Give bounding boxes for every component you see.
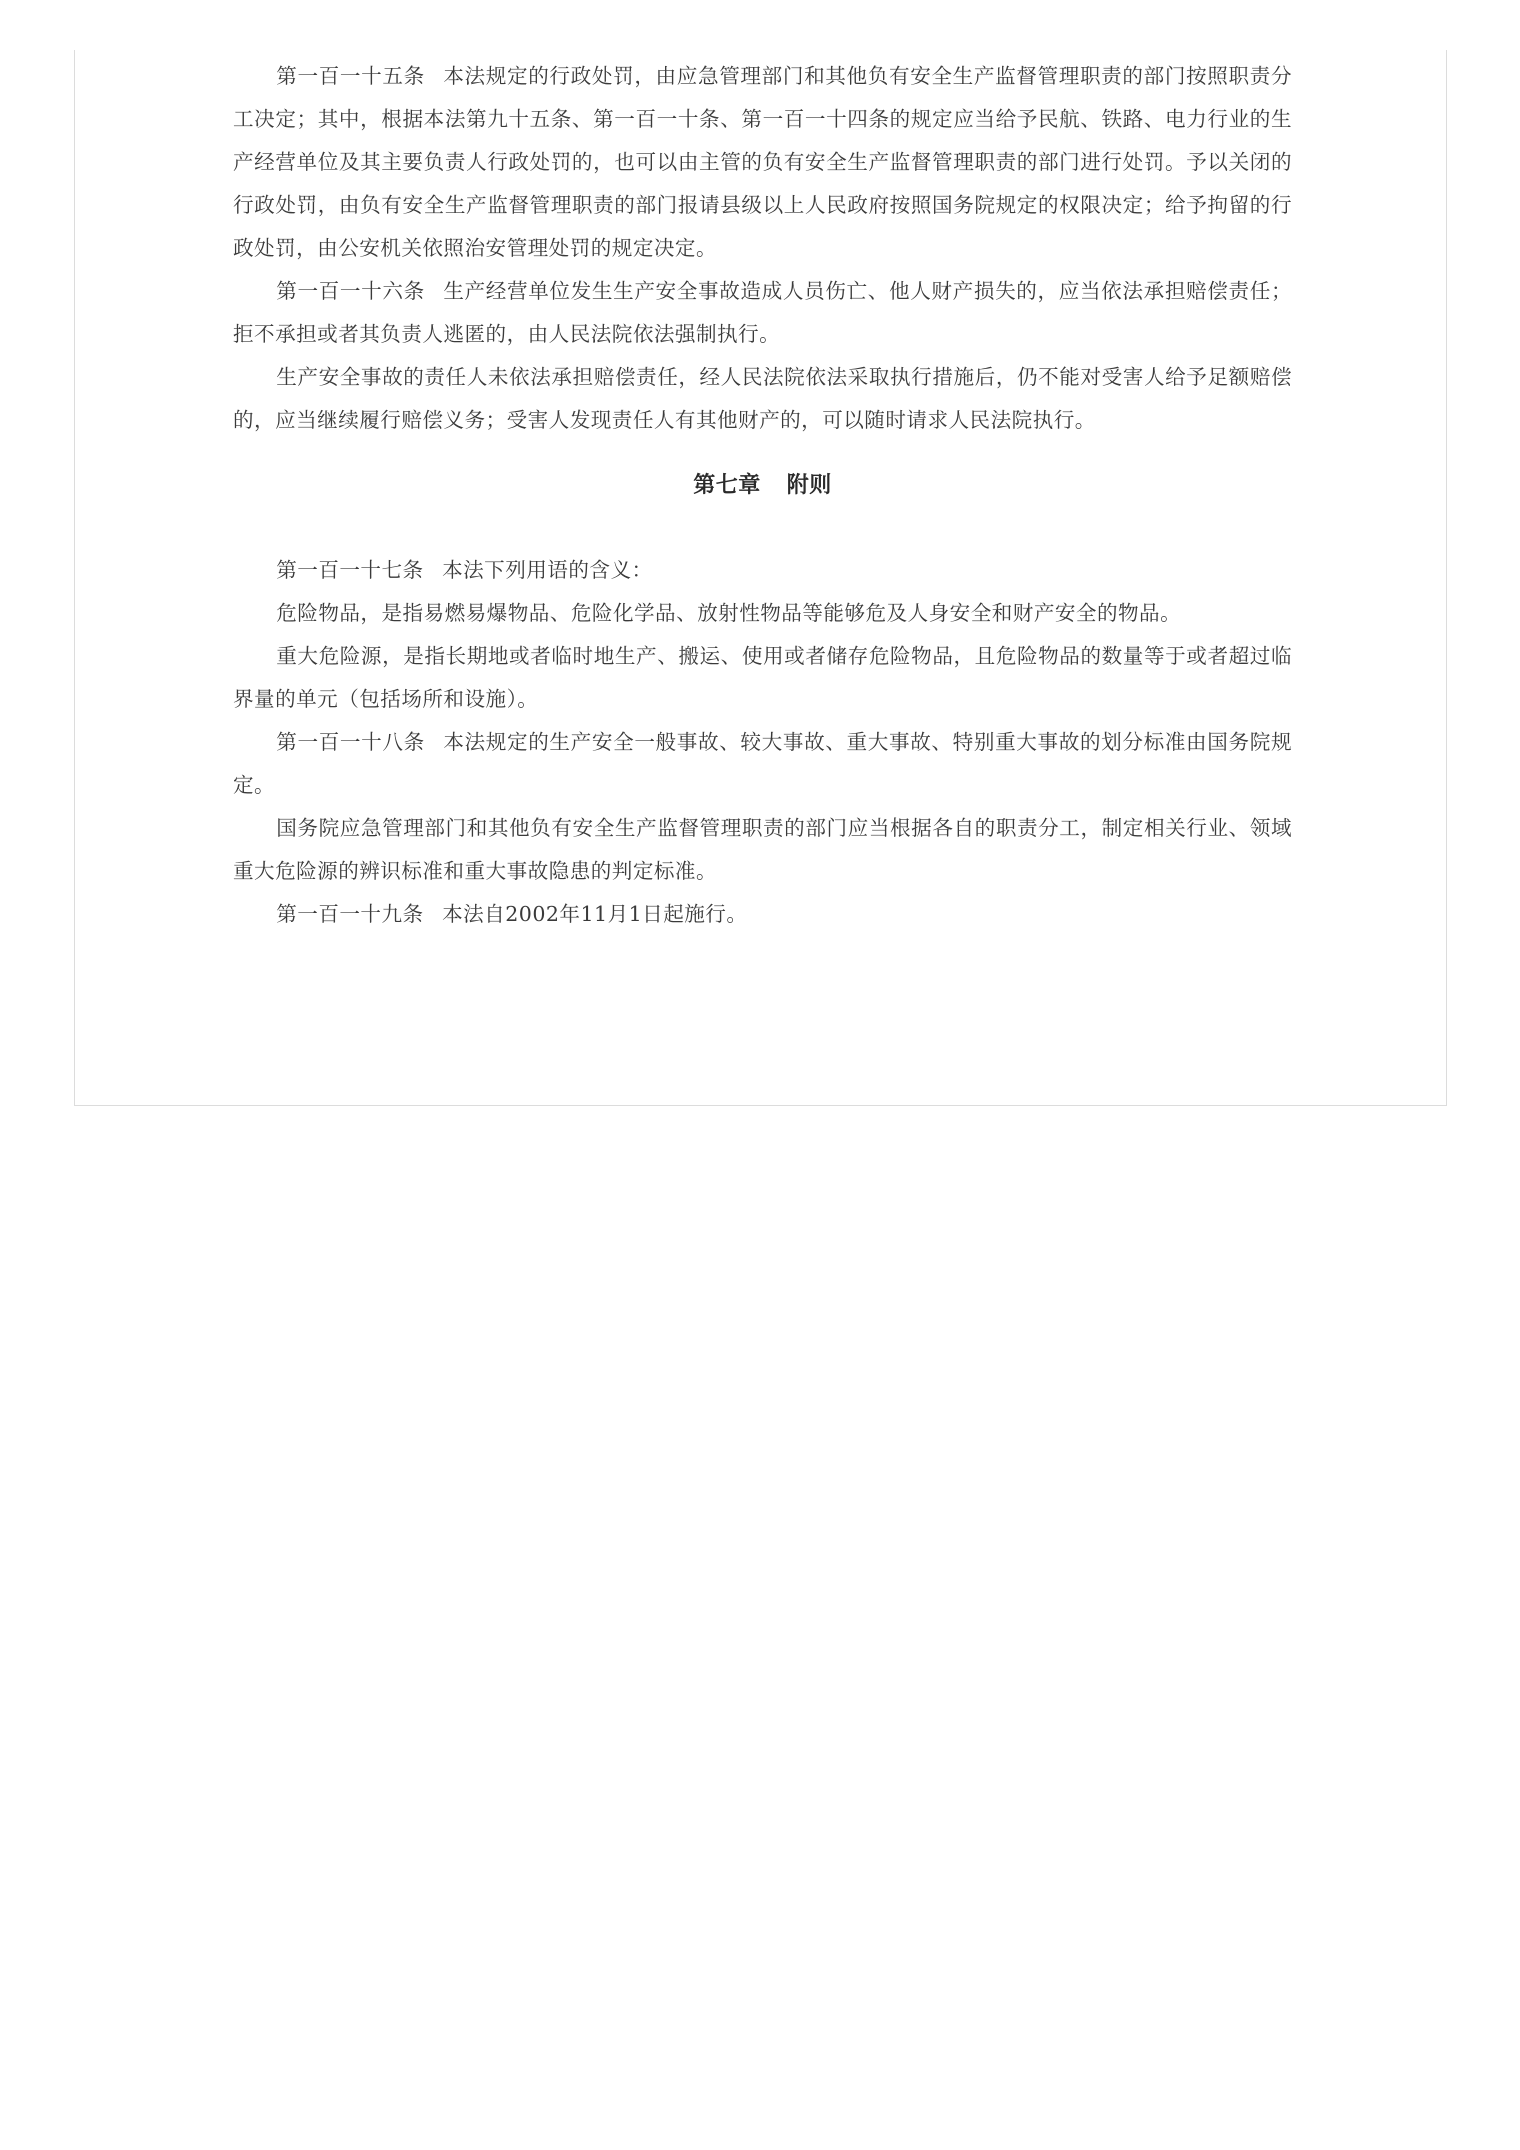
article-119: 第一百一十九条本法自2002年11月1日起施行。 <box>233 893 1292 936</box>
paragraph-text: 生产安全事故的责任人未依法承担赔偿责任，经人民法院依法采取执行措施后，仍不能对受… <box>233 365 1292 432</box>
article-number: 第一百一十七条 <box>276 558 423 582</box>
paragraph-text: 危险物品，是指易燃易爆物品、危险化学品、放射性物品等能够危及人身安全和财产安全的… <box>276 601 1181 625</box>
article-number: 第一百一十九条 <box>276 902 423 926</box>
article-number: 第一百一十八条 <box>276 730 425 754</box>
chapter-title: 附则 <box>787 473 832 498</box>
document-content: 第一百一十五条本法规定的行政处罚，由应急管理部门和其他负有安全生产监督管理职责的… <box>233 55 1292 936</box>
article-115: 第一百一十五条本法规定的行政处罚，由应急管理部门和其他负有安全生产监督管理职责的… <box>233 55 1292 270</box>
paragraph-text: 重大危险源，是指长期地或者临时地生产、搬运、使用或者储存危险物品，且危险物品的数… <box>233 644 1292 711</box>
article-117: 第一百一十七条本法下列用语的含义： <box>233 549 1292 592</box>
document-page: 第一百一十五条本法规定的行政处罚，由应急管理部门和其他负有安全生产监督管理职责的… <box>74 50 1447 1106</box>
article-text: 本法下列用语的含义： <box>442 558 652 582</box>
article-116: 第一百一十六条生产经营单位发生生产安全事故造成人员伤亡、他人财产损失的，应当依法… <box>233 270 1292 356</box>
article-text: 本法自2002年11月1日起施行。 <box>442 902 747 926</box>
chapter-number: 第七章 <box>693 473 761 498</box>
article-118-paragraph-2: 国务院应急管理部门和其他负有安全生产监督管理职责的部门应当根据各自的职责分工，制… <box>233 807 1292 893</box>
article-118: 第一百一十八条本法规定的生产安全一般事故、较大事故、重大事故、特别重大事故的划分… <box>233 721 1292 807</box>
paragraph-text: 国务院应急管理部门和其他负有安全生产监督管理职责的部门应当根据各自的职责分工，制… <box>233 816 1292 883</box>
article-number: 第一百一十五条 <box>276 64 425 88</box>
article-number: 第一百一十六条 <box>276 279 425 303</box>
definition-dangerous-goods: 危险物品，是指易燃易爆物品、危险化学品、放射性物品等能够危及人身安全和财产安全的… <box>233 592 1292 635</box>
article-116-paragraph-2: 生产安全事故的责任人未依法承担赔偿责任，经人民法院依法采取执行措施后，仍不能对受… <box>233 356 1292 442</box>
definition-major-hazard: 重大危险源，是指长期地或者临时地生产、搬运、使用或者储存危险物品，且危险物品的数… <box>233 635 1292 721</box>
article-text: 本法规定的行政处罚，由应急管理部门和其他负有安全生产监督管理职责的部门按照职责分… <box>233 64 1292 260</box>
chapter-heading: 第七章附则 <box>233 442 1292 549</box>
